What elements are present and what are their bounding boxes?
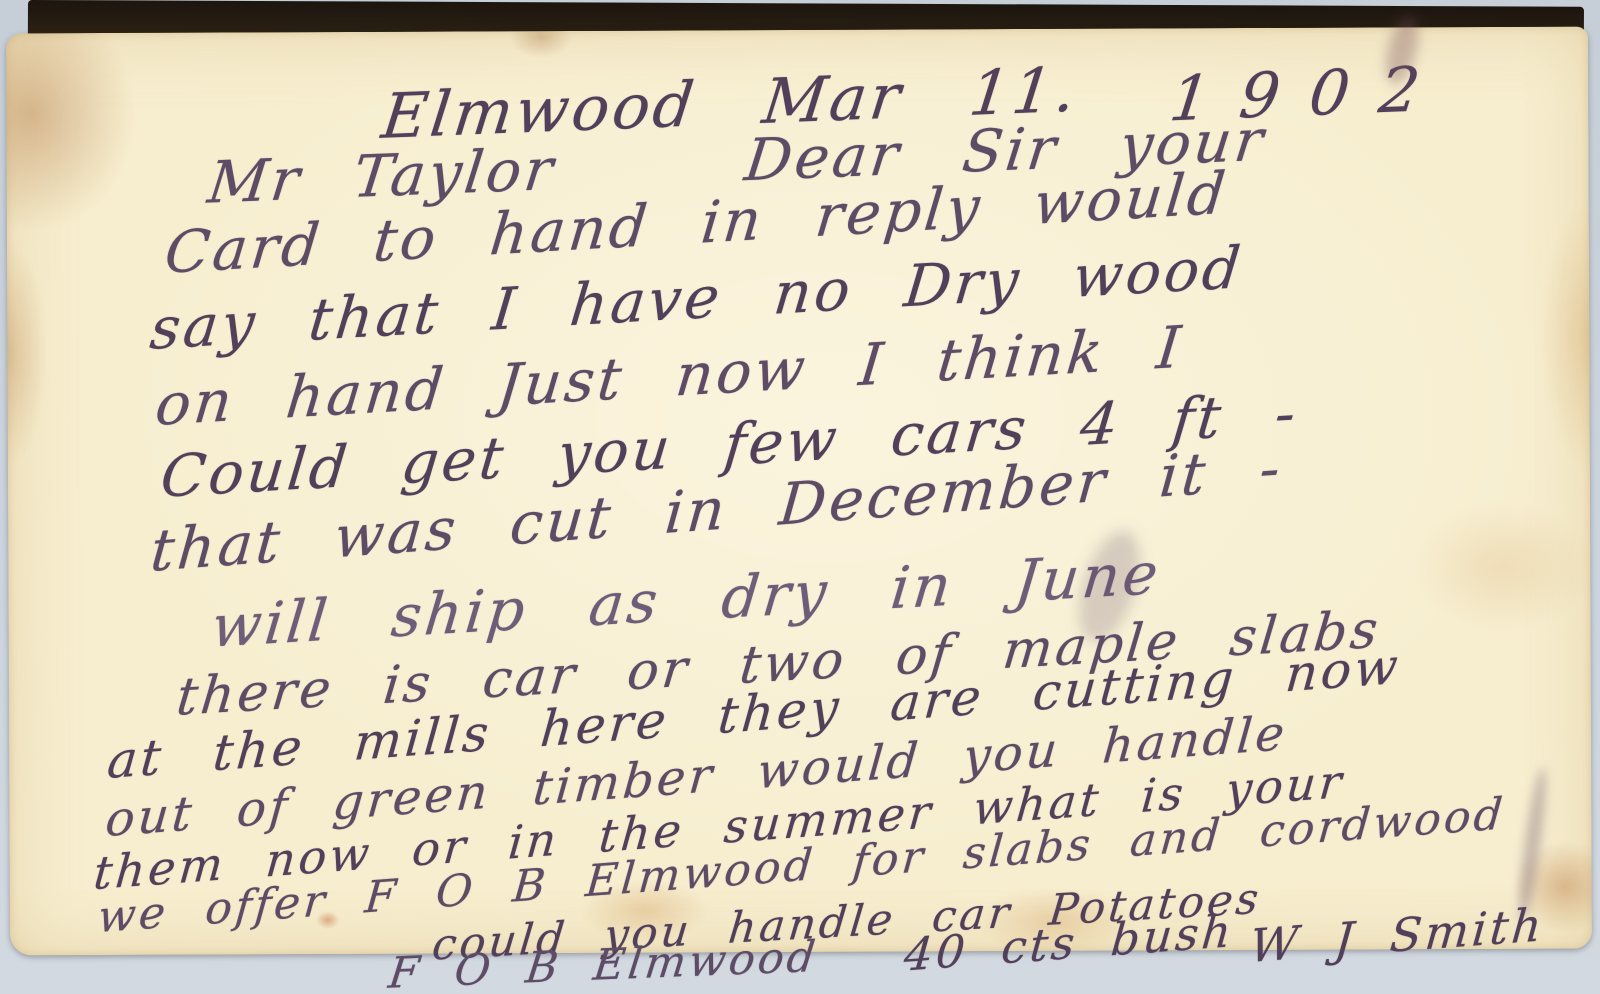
- postcard-paper: Elmwood Mar 11. 1902 Mr Taylor Dear Sir …: [6, 27, 1592, 956]
- signature-name: W J Smith: [1248, 900, 1546, 970]
- postcard-scan: Elmwood Mar 11. 1902 Mr Taylor Dear Sir …: [0, 0, 1600, 994]
